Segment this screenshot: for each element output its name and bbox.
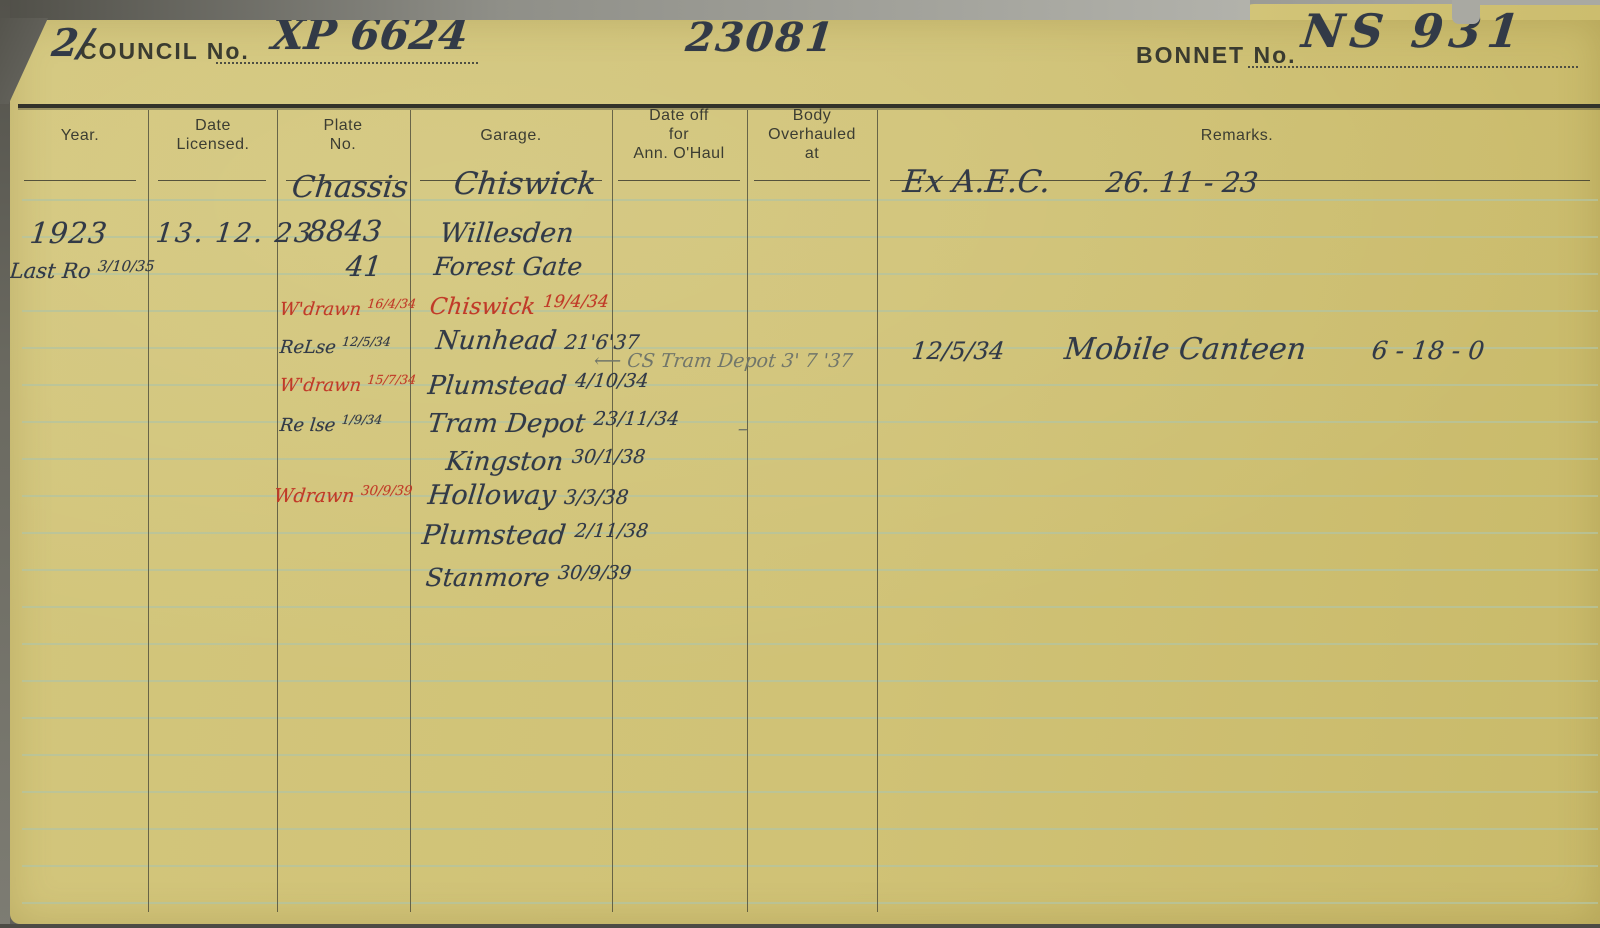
entry-garage: Tram Depot 23/11/34 (426, 408, 680, 439)
entry-plate: 8843 (306, 214, 383, 248)
council-no-dotted-line (216, 62, 478, 64)
scan-edge-top (0, 0, 1250, 20)
entry-garage: Plumstead 4/10/34 (426, 370, 649, 401)
entry-garage: Kingston 30/1/38 (444, 446, 646, 477)
column-header-remarks: Remarks. (1177, 126, 1297, 145)
column-header-plate-no: Plate No. (283, 116, 403, 154)
entry-remarks: Ex A.E.C.26. 11 - 23 (901, 164, 1260, 200)
entry-plate-relicensed: Re lse 1/9/34 (279, 412, 383, 436)
entry-year-note: Last Ro 3/10/35 (9, 258, 156, 283)
header-underline (24, 180, 136, 181)
entry-garage: Forest Gate (432, 252, 583, 281)
bonnet-no-label: BONNET No. (1136, 42, 1297, 69)
entry-plate-withdrawn: W'drawn 16/4/34 (279, 296, 417, 320)
column-divider (410, 110, 411, 912)
entry-plate: 41 (344, 250, 383, 283)
header-underline (158, 180, 266, 181)
scan-edge-bottom (0, 924, 1600, 928)
card-tab-notch (1452, 0, 1480, 24)
column-header-date-licensed: Date Licensed. (153, 116, 273, 154)
council-no-label: COUNCIL No. (80, 38, 250, 65)
scan-edge-top-right (1478, 0, 1600, 5)
entry-remarks: 12/5/34Mobile Canteen6 - 18 - 0 (910, 332, 1486, 367)
entry-garage: Chiswick (452, 166, 598, 202)
ruled-lines (22, 164, 1598, 914)
column-divider (148, 110, 149, 912)
card-serial-number: 23081 (684, 14, 838, 61)
entry-plate-relicensed: ReLse 12/5/34 (279, 334, 392, 358)
scan-edge-left (0, 0, 10, 928)
photo-background: { "header": { "mark": "2/", "council_lab… (0, 0, 1600, 928)
column-divider (612, 110, 613, 912)
record-card: 2/ COUNCIL No. XP 6624 23081 BONNET No. … (10, 20, 1600, 924)
entry-garage: Chiswick 19/4/34 (429, 292, 610, 320)
column-header-ann-ohaul: Date off for Ann. O'Haul (619, 106, 739, 163)
entry-garage: Plumstead 2/11/38 (420, 520, 649, 551)
header-underline (754, 180, 870, 181)
column-header-garage: Garage. (451, 126, 571, 145)
entry-garage: Willesden (438, 218, 575, 249)
bonnet-no-value: NS 931 (1299, 4, 1528, 58)
header-underline (618, 180, 740, 181)
entry-garage: Stanmore 30/9/39 (424, 562, 632, 592)
column-divider (747, 110, 748, 912)
entry-garage: Holloway 3/3/38 (426, 480, 630, 511)
entry-plate: Chassis (290, 170, 410, 205)
entry-plate-withdrawn: Wdrawn 30/9/39 (273, 484, 413, 507)
column-divider (877, 110, 878, 912)
entry-plate-withdrawn: W'drawn 15/7/34 (279, 372, 417, 396)
entry-pencil-note: ⟵ CS Tram Depot 3' 7 '37 (593, 350, 854, 372)
column-header-body-overhauled: Body Overhauled at (752, 106, 872, 163)
column-header-year: Year. (20, 126, 140, 145)
entry-date-licensed: 13. 12. 23 (154, 218, 315, 249)
entry-year: 1923 (28, 216, 109, 250)
bonnet-no-dotted-line (1248, 66, 1578, 68)
